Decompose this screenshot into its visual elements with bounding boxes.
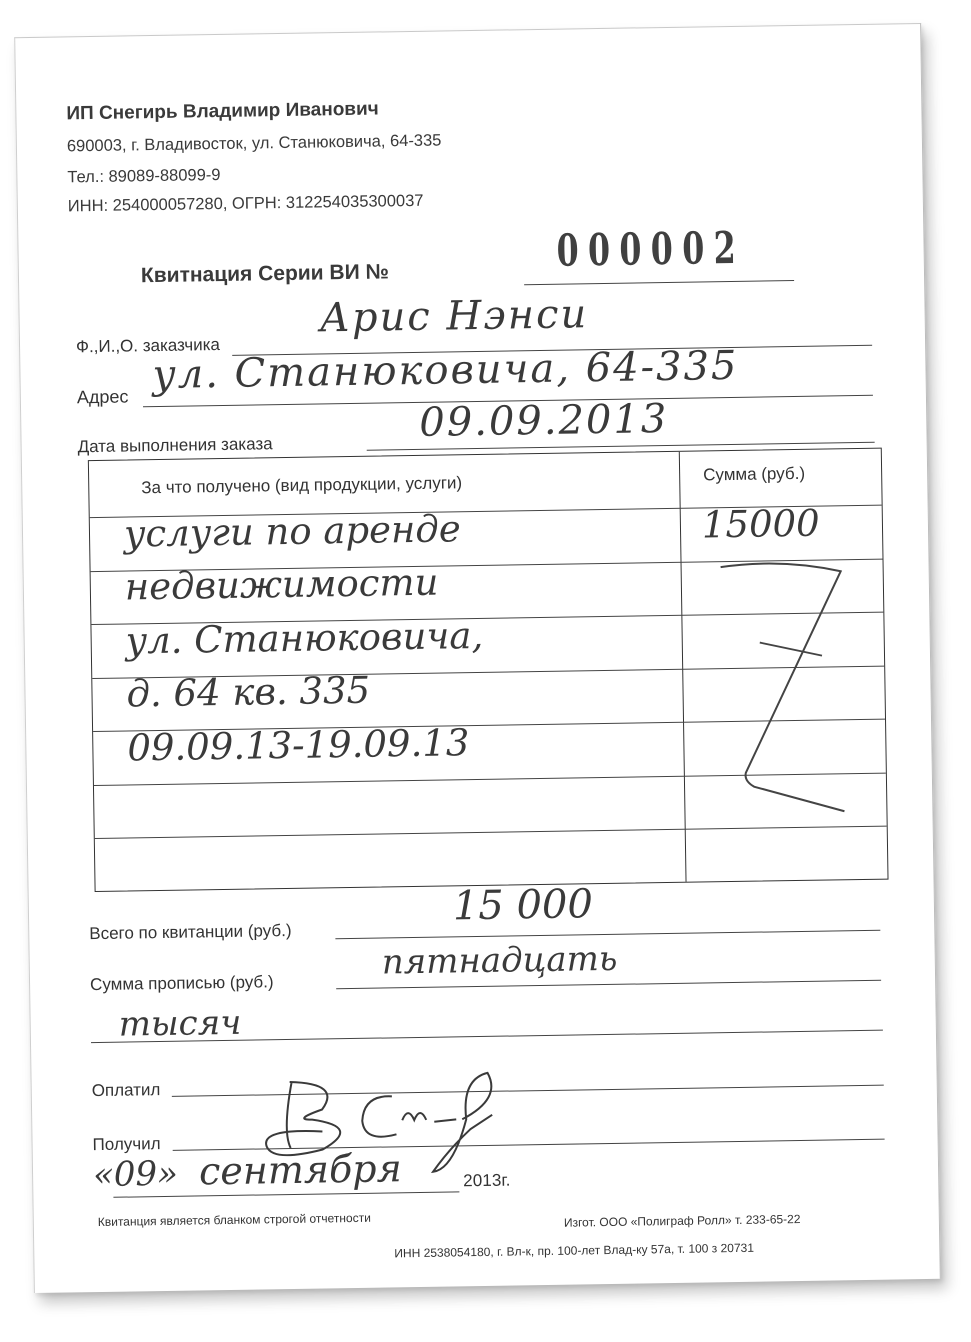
printer-line-1: Изгот. ООО «Полиграф Ролл» т. 233-65-22	[564, 1212, 801, 1230]
words-label: Сумма прописью (руб.)	[90, 972, 274, 995]
row-description: услуги по аренде	[124, 507, 461, 555]
footer-notice: Квитанция является бланком строгой отчет…	[98, 1211, 371, 1229]
strike-mark-icon	[679, 449, 886, 882]
row-description: д. 64 кв. 335	[126, 669, 370, 716]
services-table: За что получено (вид продукции, услуги) …	[88, 448, 889, 892]
received-label: Получил	[92, 1134, 160, 1155]
words-value-line1: пятнадцать	[381, 939, 617, 983]
total-value: 15 000	[453, 881, 594, 929]
date-label: Дата выполнения заказа	[77, 434, 272, 457]
customer-value: Арис Нэнси	[319, 291, 588, 341]
total-underline	[335, 930, 880, 940]
receipt-title: Квитнация Серии ВИ №	[141, 260, 389, 288]
paid-label: Оплатил	[92, 1080, 161, 1101]
printer-line-2: ИНН 2538054180, г. Вл-к, пр. 100-лет Вла…	[394, 1241, 754, 1261]
receipt-sheet: ИП Снегирь Владимир Иванович 690003, г. …	[14, 23, 941, 1293]
row-description: ул. Станюковича,	[125, 613, 483, 662]
date-value: 09.09.2013	[419, 396, 669, 446]
row-description: 09.09.13-19.09.13	[127, 721, 470, 769]
receipt-number: 000002	[556, 223, 745, 277]
issuer-name: ИП Снегирь Владимир Иванович	[66, 98, 379, 125]
number-underline	[524, 280, 794, 285]
address-label: Адрес	[77, 386, 129, 408]
total-label: Всего по квитанции (руб.)	[89, 921, 292, 944]
issuer-address: 690003, г. Владивосток, ул. Станюковича,…	[67, 132, 442, 157]
date-year: 2013г.	[463, 1171, 511, 1192]
address-value: ул. Станюковича, 64-335	[152, 343, 739, 398]
date-day: «09»	[93, 1154, 178, 1195]
header-description: За что получено (вид продукции, услуги)	[141, 473, 462, 498]
words-value-line2: тысяч	[118, 1003, 241, 1045]
date-month: сентября	[199, 1146, 402, 1193]
row-description: недвижимости	[125, 561, 439, 609]
issuer-ids: ИНН: 254000057280, ОГРН: 312254035300037	[68, 192, 424, 217]
issuer-phone: Тел.: 89089-88099-9	[67, 166, 220, 187]
